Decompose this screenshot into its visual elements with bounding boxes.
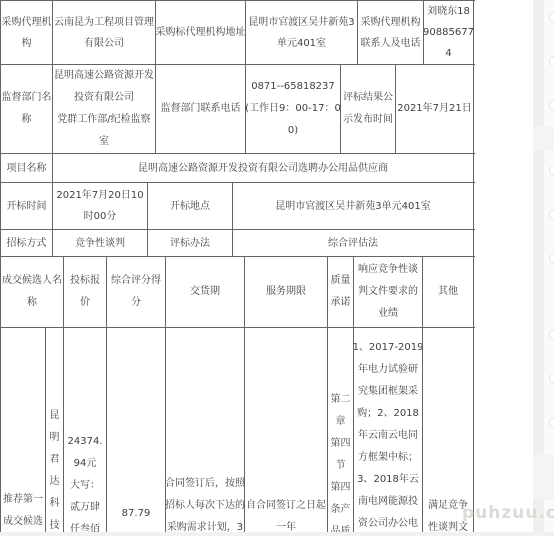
row-tender-method: 招标方式 竞争性谈判 评标办法 综合评估法 <box>1 230 475 257</box>
quality-commitment-cell: 第二 章 第四 节 第四 条产 品质 <box>328 328 354 536</box>
project-name-label: 项目名称 <box>1 154 53 182</box>
tender-method-label: 招标方式 <box>1 230 53 256</box>
header-candidate-name: 成交候选人名 称 <box>1 257 64 327</box>
header-other: 其他 <box>423 257 474 327</box>
result-header-row: 成交候选人名 称 投标报 价 综合评分得 分 交货期 服务期限 质量 承诺 响应… <box>1 257 475 328</box>
supervision-phone-value: 0871--65818237 (工作日9：00-17：0 0) <box>246 65 341 153</box>
service-period-cell: 自合同签订之日起 一年 <box>245 328 328 536</box>
supervision-dept-label: 监督部门名 称 <box>1 65 53 153</box>
supervision-phone-label: 监督部门联系电话 <box>156 65 246 153</box>
procurement-agency-value: 云南昆为工程项目管理 有限公司 <box>53 1 156 64</box>
header-service-period: 服务期限 <box>245 257 328 327</box>
agency-address-value: 昆明市官渡区吴井新苑3 单元401室 <box>246 1 358 64</box>
supervision-dept-value: 昆明高速公路资源开发 投资有限公司 党群工作部/纪检监察 室 <box>53 65 156 153</box>
row-project-name: 项目名称 昆明高速公路资源开发投资有限公司选聘办公用品供应商 <box>1 154 475 183</box>
delivery-period-cell: 合同签订后，按照 招标人每次下达的 采购需求计划，3 <box>166 328 245 536</box>
bid-opening-place-label: 开标地点 <box>148 183 233 229</box>
header-score: 综合评分得 分 <box>107 257 166 327</box>
bid-opening-time-value: 2021年7月20日10 时00分 <box>53 183 148 229</box>
bidder-name-cell: 昆 明 君 达 科 技 <box>46 328 64 536</box>
evaluation-method-label: 评标办法 <box>148 230 233 256</box>
bid-opening-place-value: 昆明市官渡区吴井新苑3单元401室 <box>233 183 474 229</box>
header-bid-price: 投标报 价 <box>64 257 107 327</box>
bid-price-cell: 24374. 94元 大写： 贰万肆 仟叁佰 <box>64 328 107 536</box>
row-bid-opening: 开标时间 2021年7月20日10 时00分 开标地点 昆明市官渡区吴井新苑3单… <box>1 183 475 230</box>
header-quality-commitment: 质量 承诺 <box>328 257 354 327</box>
bid-opening-time-label: 开标时间 <box>1 183 53 229</box>
procurement-agency-label: 采购代理机 构 <box>1 1 53 64</box>
row-procurement-agency: 采购代理机 构 云南昆为工程项目管理 有限公司 采购标代理机构地址 昆明市官渡区… <box>1 1 475 65</box>
edge-band <box>533 455 554 500</box>
row-supervision-dept: 监督部门名 称 昆明高速公路资源开发 投资有限公司 党群工作部/纪检监察 室 监… <box>1 65 475 154</box>
score-cell: 87.79 <box>107 328 166 536</box>
agency-contact-label: 采购代理机构 联系人及电话 <box>358 1 424 64</box>
candidate-rank-cell: 推荐第一 成交候选 <box>1 328 46 536</box>
notice-table: 采购代理机 构 云南昆为工程项目管理 有限公司 采购标代理机构地址 昆明市官渡区… <box>0 0 475 536</box>
project-name-value: 昆明高速公路资源开发投资有限公司选聘办公用品供应商 <box>53 154 474 182</box>
watermark: puhzuu.com <box>462 503 554 523</box>
edge-band <box>533 126 554 150</box>
result-data-row: 推荐第一 成交候选 昆 明 君 达 科 技 24374. 94元 大写： 贰万肆… <box>1 328 475 536</box>
header-achievements: 响应竞争性谈 判文件要求的 业绩 <box>354 257 423 327</box>
result-publish-time-label: 评标结果公 示发布时间 <box>341 65 396 153</box>
header-delivery-period: 交货期 <box>166 257 245 327</box>
bottom-edge-strip <box>0 532 554 536</box>
tender-method-value: 竞争性谈判 <box>53 230 148 256</box>
achievements-cell: 1、2017-2019 年电力试验研 究集团框架采 购；2、2018 年云南云电… <box>354 328 423 536</box>
agency-address-label: 采购标代理机构地址 <box>156 1 246 64</box>
bid-result-notice-page: 采购代理机 构 云南昆为工程项目管理 有限公司 采购标代理机构地址 昆明市官渡区… <box>0 0 554 536</box>
agency-contact-value: 刘晓东18 90885677 4 <box>424 1 474 64</box>
evaluation-method-value: 综合评估法 <box>233 230 474 256</box>
result-publish-time-value: 2021年7月21日 <box>396 65 474 153</box>
